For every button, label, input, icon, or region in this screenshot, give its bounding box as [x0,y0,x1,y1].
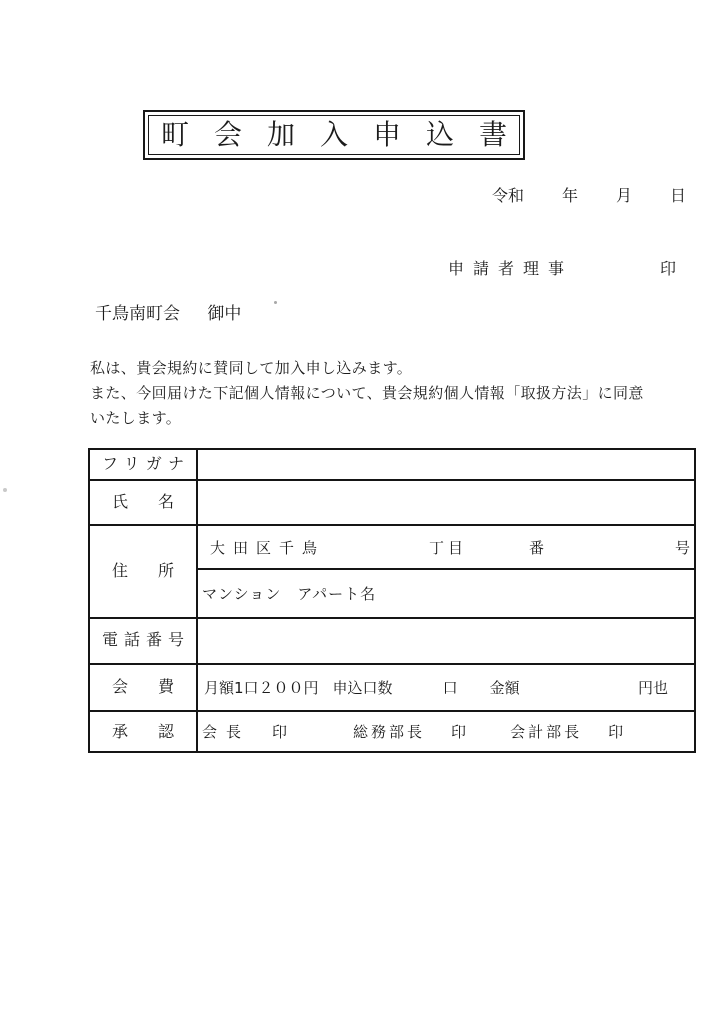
general-affairs-manager-label: 総務部長 [353,721,425,742]
units-applied-label: 申込口数 [333,677,393,698]
fee-label: 会費 [90,665,198,710]
monthly-fee-text: 月額1口２００円 [204,677,319,698]
scan-speck [3,488,7,492]
building-name-label: マンション アパート名 [202,583,376,604]
amount-suffix-label: 円也 [638,677,668,698]
units-suffix-label: 口 [443,677,458,698]
form-title: 町会加入申込書 [149,116,519,154]
address-street-line: 大田区千鳥 丁目 番 号 [198,526,694,570]
consent-line-3: いたします。 [90,406,675,431]
day-label: 日 [670,183,686,206]
chome-label: 丁目 [429,537,467,558]
approval-row: 承認 会長 印 総務部長 印 会計部長 印 [90,712,694,751]
form-title-inner-border: 町会加入申込書 [148,115,520,155]
era-label: 令和 [492,183,524,206]
addressee-line: 千鳥南町会 御中 [95,299,241,324]
furigana-row: フリガナ [90,450,694,481]
applicant-director-label: 申請者理事 [448,256,573,279]
accounting-seal-label: 印 [608,721,623,742]
address-label: 住所 [90,526,198,617]
accounting-manager-label: 会計部長 [510,721,582,742]
chairman-seal-label: 印 [272,721,287,742]
address-content: 大田区千鳥 丁目 番 号 マンション アパート名 [198,526,694,617]
furigana-value-cell [198,450,694,479]
phone-label: 電話番号 [90,619,198,663]
amount-label: 金額 [490,677,520,698]
address-building-line: マンション アパート名 [198,570,694,617]
year-label: 年 [562,183,578,206]
fee-content: 月額1口２００円 申込口数 口 金額 円也 [198,665,694,710]
addressee-honorific: 御中 [207,304,241,324]
date-line: 令和 年 月 日 [492,183,686,206]
consent-line-2: また、今回届けた下記個人情報について、貴会規約個人情報「取扱方法」に同意 [90,381,675,406]
membership-application-form: 町会加入申込書 令和 年 月 日 申請者理事 印 千鳥南町会 御中 私は、貴会規… [0,0,724,1023]
consent-line-1: 私は、貴会規約に賛同して加入申し込みます。 [90,356,675,381]
application-form-table: フリガナ 氏名 住所 大田区千鳥 丁目 番 号 マンション アパート名 [88,448,696,753]
applicant-line: 申請者理事 印 [448,256,676,279]
go-label: 号 [675,537,690,558]
name-label: 氏名 [90,481,198,524]
form-title-box: 町会加入申込書 [143,110,525,160]
address-row: 住所 大田区千鳥 丁目 番 号 マンション アパート名 [90,526,694,619]
fee-row: 会費 月額1口２００円 申込口数 口 金額 円也 [90,665,694,712]
applicant-seal-label: 印 [660,256,676,279]
phone-value-cell [198,619,694,663]
consent-paragraph: 私は、貴会規約に賛同して加入申し込みます。 また、今回届けた下記個人情報について… [90,356,675,431]
scan-speck [274,301,277,304]
general-affairs-seal-label: 印 [451,721,466,742]
phone-row: 電話番号 [90,619,694,665]
addressee-organization: 千鳥南町会 [95,304,180,324]
approval-label: 承認 [90,712,198,751]
approval-content: 会長 印 総務部長 印 会計部長 印 [198,712,694,751]
furigana-label: フリガナ [90,450,198,479]
chairman-label: 会長 [202,721,250,742]
name-value-cell [198,481,694,524]
ban-label: 番 [529,537,544,558]
month-label: 月 [616,183,632,206]
address-district-prefix: 大田区千鳥 [210,537,325,558]
name-row: 氏名 [90,481,694,526]
